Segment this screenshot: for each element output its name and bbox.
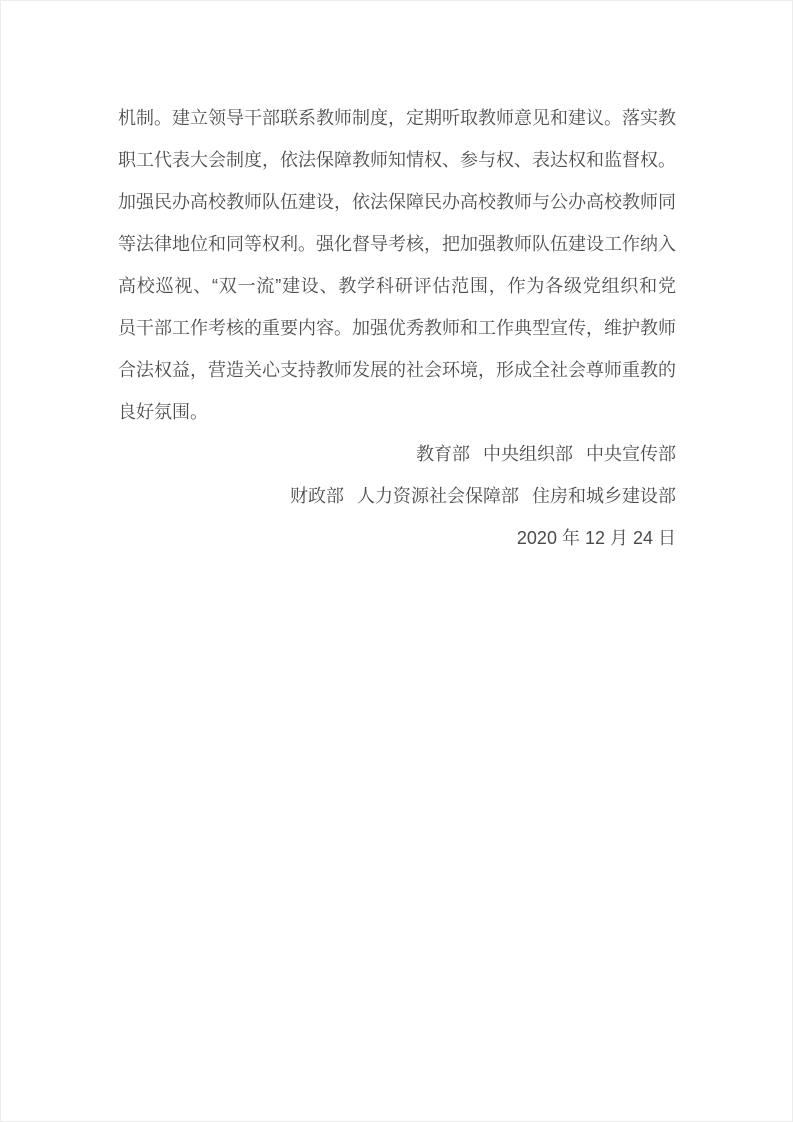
signer-ministry: 中央组织部 [483, 433, 573, 475]
body-text-line: 良好氛围。 [118, 391, 676, 433]
body-text-line: 合法权益，营造关心支持教师发展的社会环境，形成全社会尊师重教的 [118, 349, 676, 391]
body-text-line: 员干部工作考核的重要内容。加强优秀教师和工作典型宣传，维护教师 [118, 307, 676, 349]
document-page: 机制。建立领导干部联系教师制度，定期听取教师意见和建议。落实教 职工代表大会制度… [0, 0, 793, 1122]
signer-ministry: 财政部 [290, 475, 344, 517]
signer-ministry: 教育部 [416, 433, 470, 475]
signer-ministry: 人力资源社会保障部 [357, 475, 519, 517]
body-text-line: 加强民办高校教师队伍建设，依法保障民办高校教师与公办高校教师同 [118, 181, 676, 223]
signature-line: 财政部 人力资源社会保障部 住房和城乡建设部 [118, 475, 676, 517]
document-body: 机制。建立领导干部联系教师制度，定期听取教师意见和建议。落实教 职工代表大会制度… [118, 97, 676, 559]
signer-ministry: 中央宣传部 [586, 433, 676, 475]
body-text-line: 职工代表大会制度，依法保障教师知情权、参与权、表达权和监督权。 [118, 139, 676, 181]
signer-ministry: 住房和城乡建设部 [532, 475, 676, 517]
body-text-line: 等法律地位和同等权利。强化督导考核，把加强教师队伍建设工作纳入 [118, 223, 676, 265]
document-date: 2020 年 12 月 24 日 [118, 517, 676, 559]
body-text-line: 高校巡视、“双一流”建设、教学科研评估范围，作为各级党组织和党 [118, 265, 676, 307]
body-text-line: 机制。建立领导干部联系教师制度，定期听取教师意见和建议。落实教 [118, 97, 676, 139]
signature-line: 教育部 中央组织部 中央宣传部 [118, 433, 676, 475]
